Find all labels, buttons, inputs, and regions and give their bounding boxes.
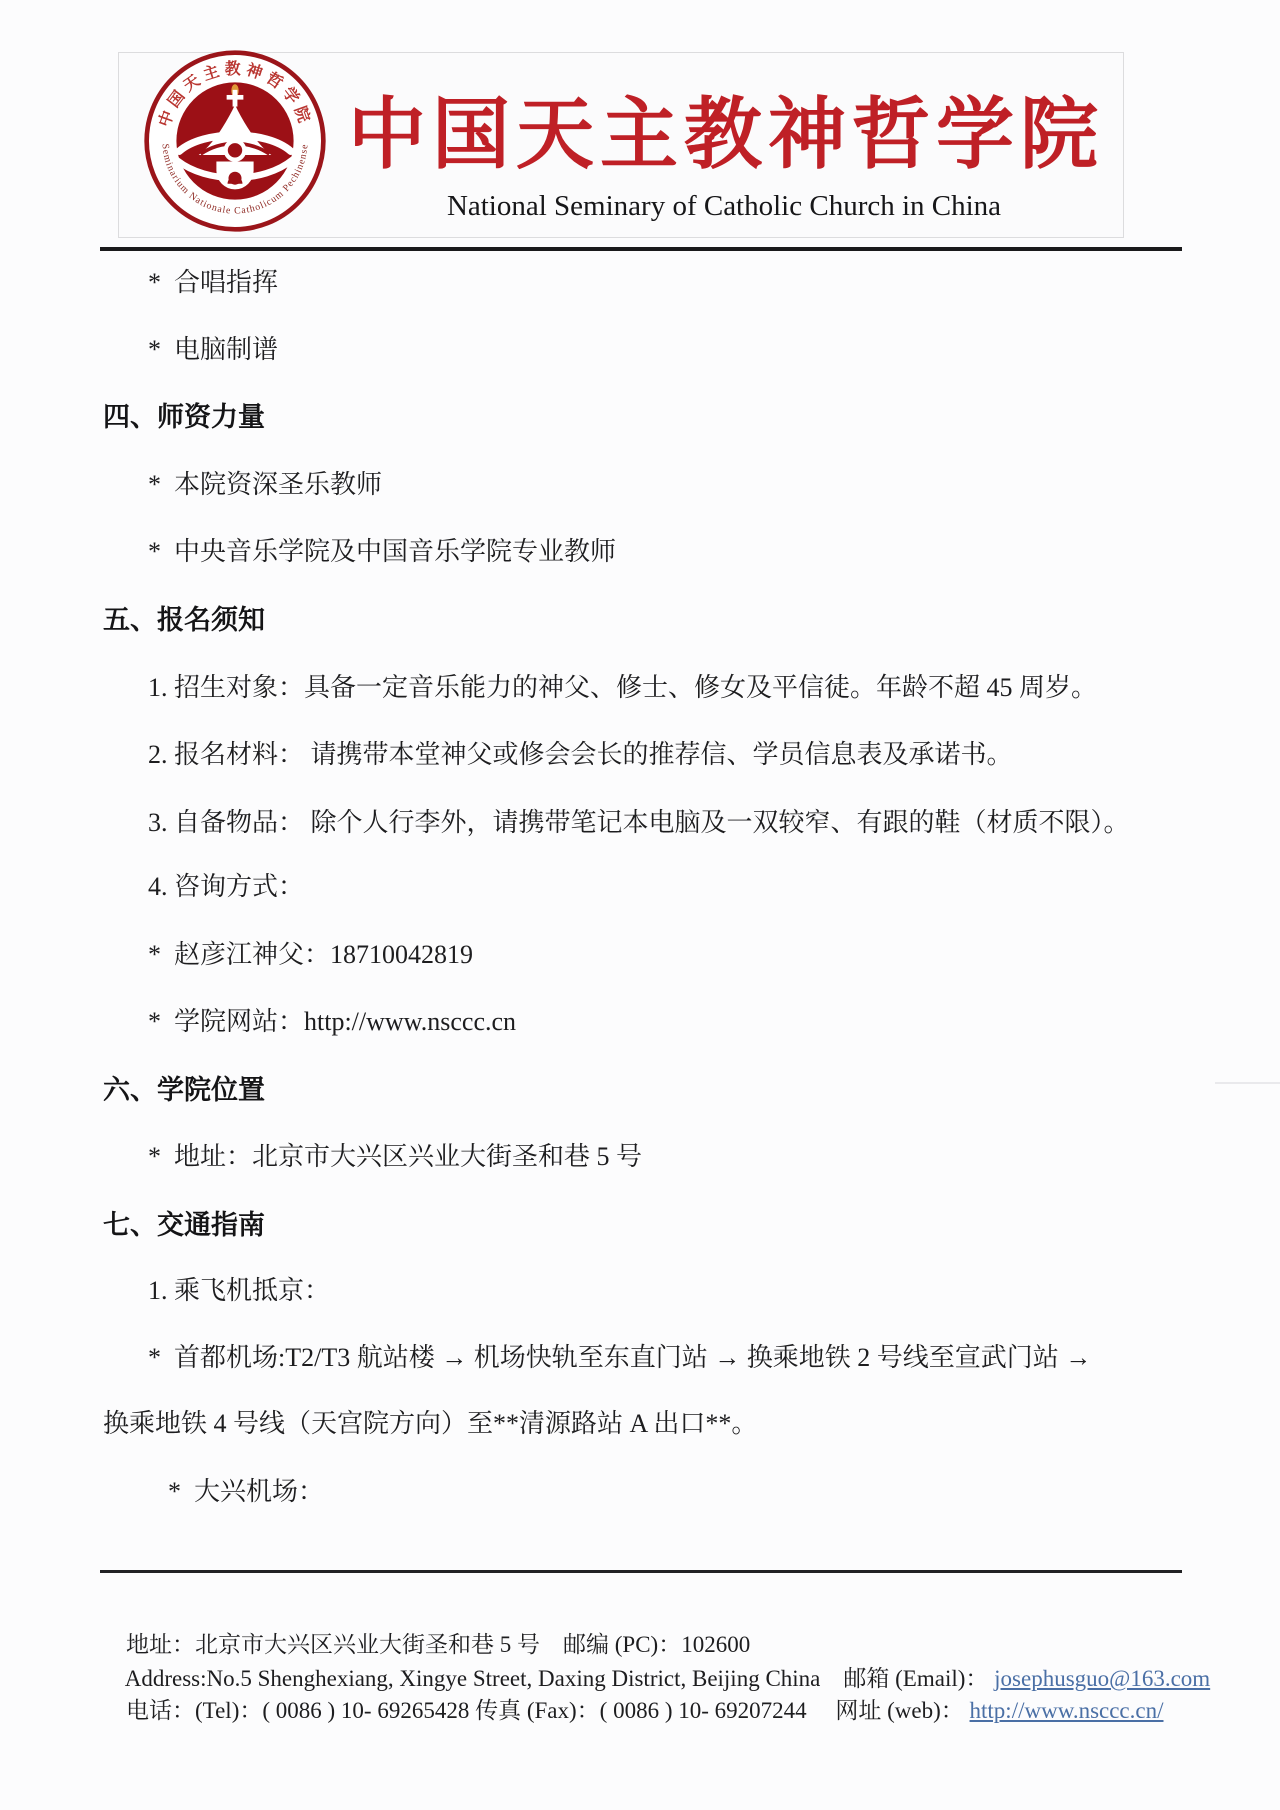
page-title-chinese: 中国天主教神哲学院: [348, 94, 1104, 176]
body-line-11-bullet: * 赵彦江神父：18710042819: [148, 938, 473, 972]
body-line-9-numbered: 3. 自备物品： 除个人行李外，请携带笔记本电脑及一双较窄、有跟的鞋（材质不限）…: [148, 806, 1130, 840]
seminary-seal-logo: 中国天主教神哲学院 Seminarium Nationale Catholicu…: [142, 48, 328, 234]
body-line-8-numbered: 2. 报名材料： 请携带本堂神父或修会会长的推荐信、学员信息表及承诺书。: [148, 738, 1013, 772]
body-line-6-heading: 五、报名须知: [103, 603, 265, 637]
body-line-10-numbered: 4. 咨询方式：: [148, 870, 304, 904]
body-line-3-heading: 四、师资力量: [103, 400, 265, 434]
body-line-13-heading: 六、学院位置: [103, 1073, 265, 1107]
body-line-1-bullet: * 合唱指挥: [148, 266, 278, 300]
body-line-17-bullet: * 首都机场:T2/T3 航站楼 → 机场快轨至东直门站 → 换乘地铁 2 号线…: [148, 1341, 1091, 1375]
body-line-5-bullet: * 中央音乐学院及中国音乐学院专业教师: [148, 535, 616, 569]
scan-artifact-line: [1215, 1082, 1280, 1084]
scanned-document-page: 中国天主教神哲学院 Seminarium Nationale Catholicu…: [0, 0, 1280, 1810]
body-line-19-bullet-indent: * 大兴机场：: [168, 1475, 324, 1509]
footer-phone-text: 电话：(Tel)：( 0086 ) 10- 69265428 传真 (Fax)：…: [126, 1698, 970, 1723]
body-line-15-heading: 七、交通指南: [103, 1208, 265, 1242]
page-subtitle-english: National Seminary of Catholic Church in …: [348, 190, 1100, 223]
body-line-14-bullet: * 地址：北京市大兴区兴业大街圣和巷 5 号: [148, 1140, 642, 1174]
footer-phone-line: 电话：(Tel)：( 0086 ) 10- 69265428 传真 (Fax)：…: [103, 1666, 1164, 1756]
body-line-2-bullet: * 电脑制谱: [148, 333, 278, 367]
website-link[interactable]: http://www.nsccc.cn/: [970, 1698, 1164, 1723]
body-line-18-continuation: 换乘地铁 4 号线（天宫院方向）至**清源路站 A 出口**。: [103, 1407, 757, 1441]
body-line-7-numbered: 1. 招生对象：具备一定音乐能力的神父、修士、修女及平信徒。年龄不超 45 周岁…: [148, 671, 1097, 705]
body-line-12-bullet: * 学院网站：http://www.nsccc.cn: [148, 1005, 516, 1039]
footer-separator-line: [100, 1570, 1182, 1573]
header-separator-line: [100, 247, 1182, 251]
body-line-4-bullet: * 本院资深圣乐教师: [148, 468, 382, 502]
body-line-16-numbered: 1. 乘飞机抵京：: [148, 1274, 330, 1308]
